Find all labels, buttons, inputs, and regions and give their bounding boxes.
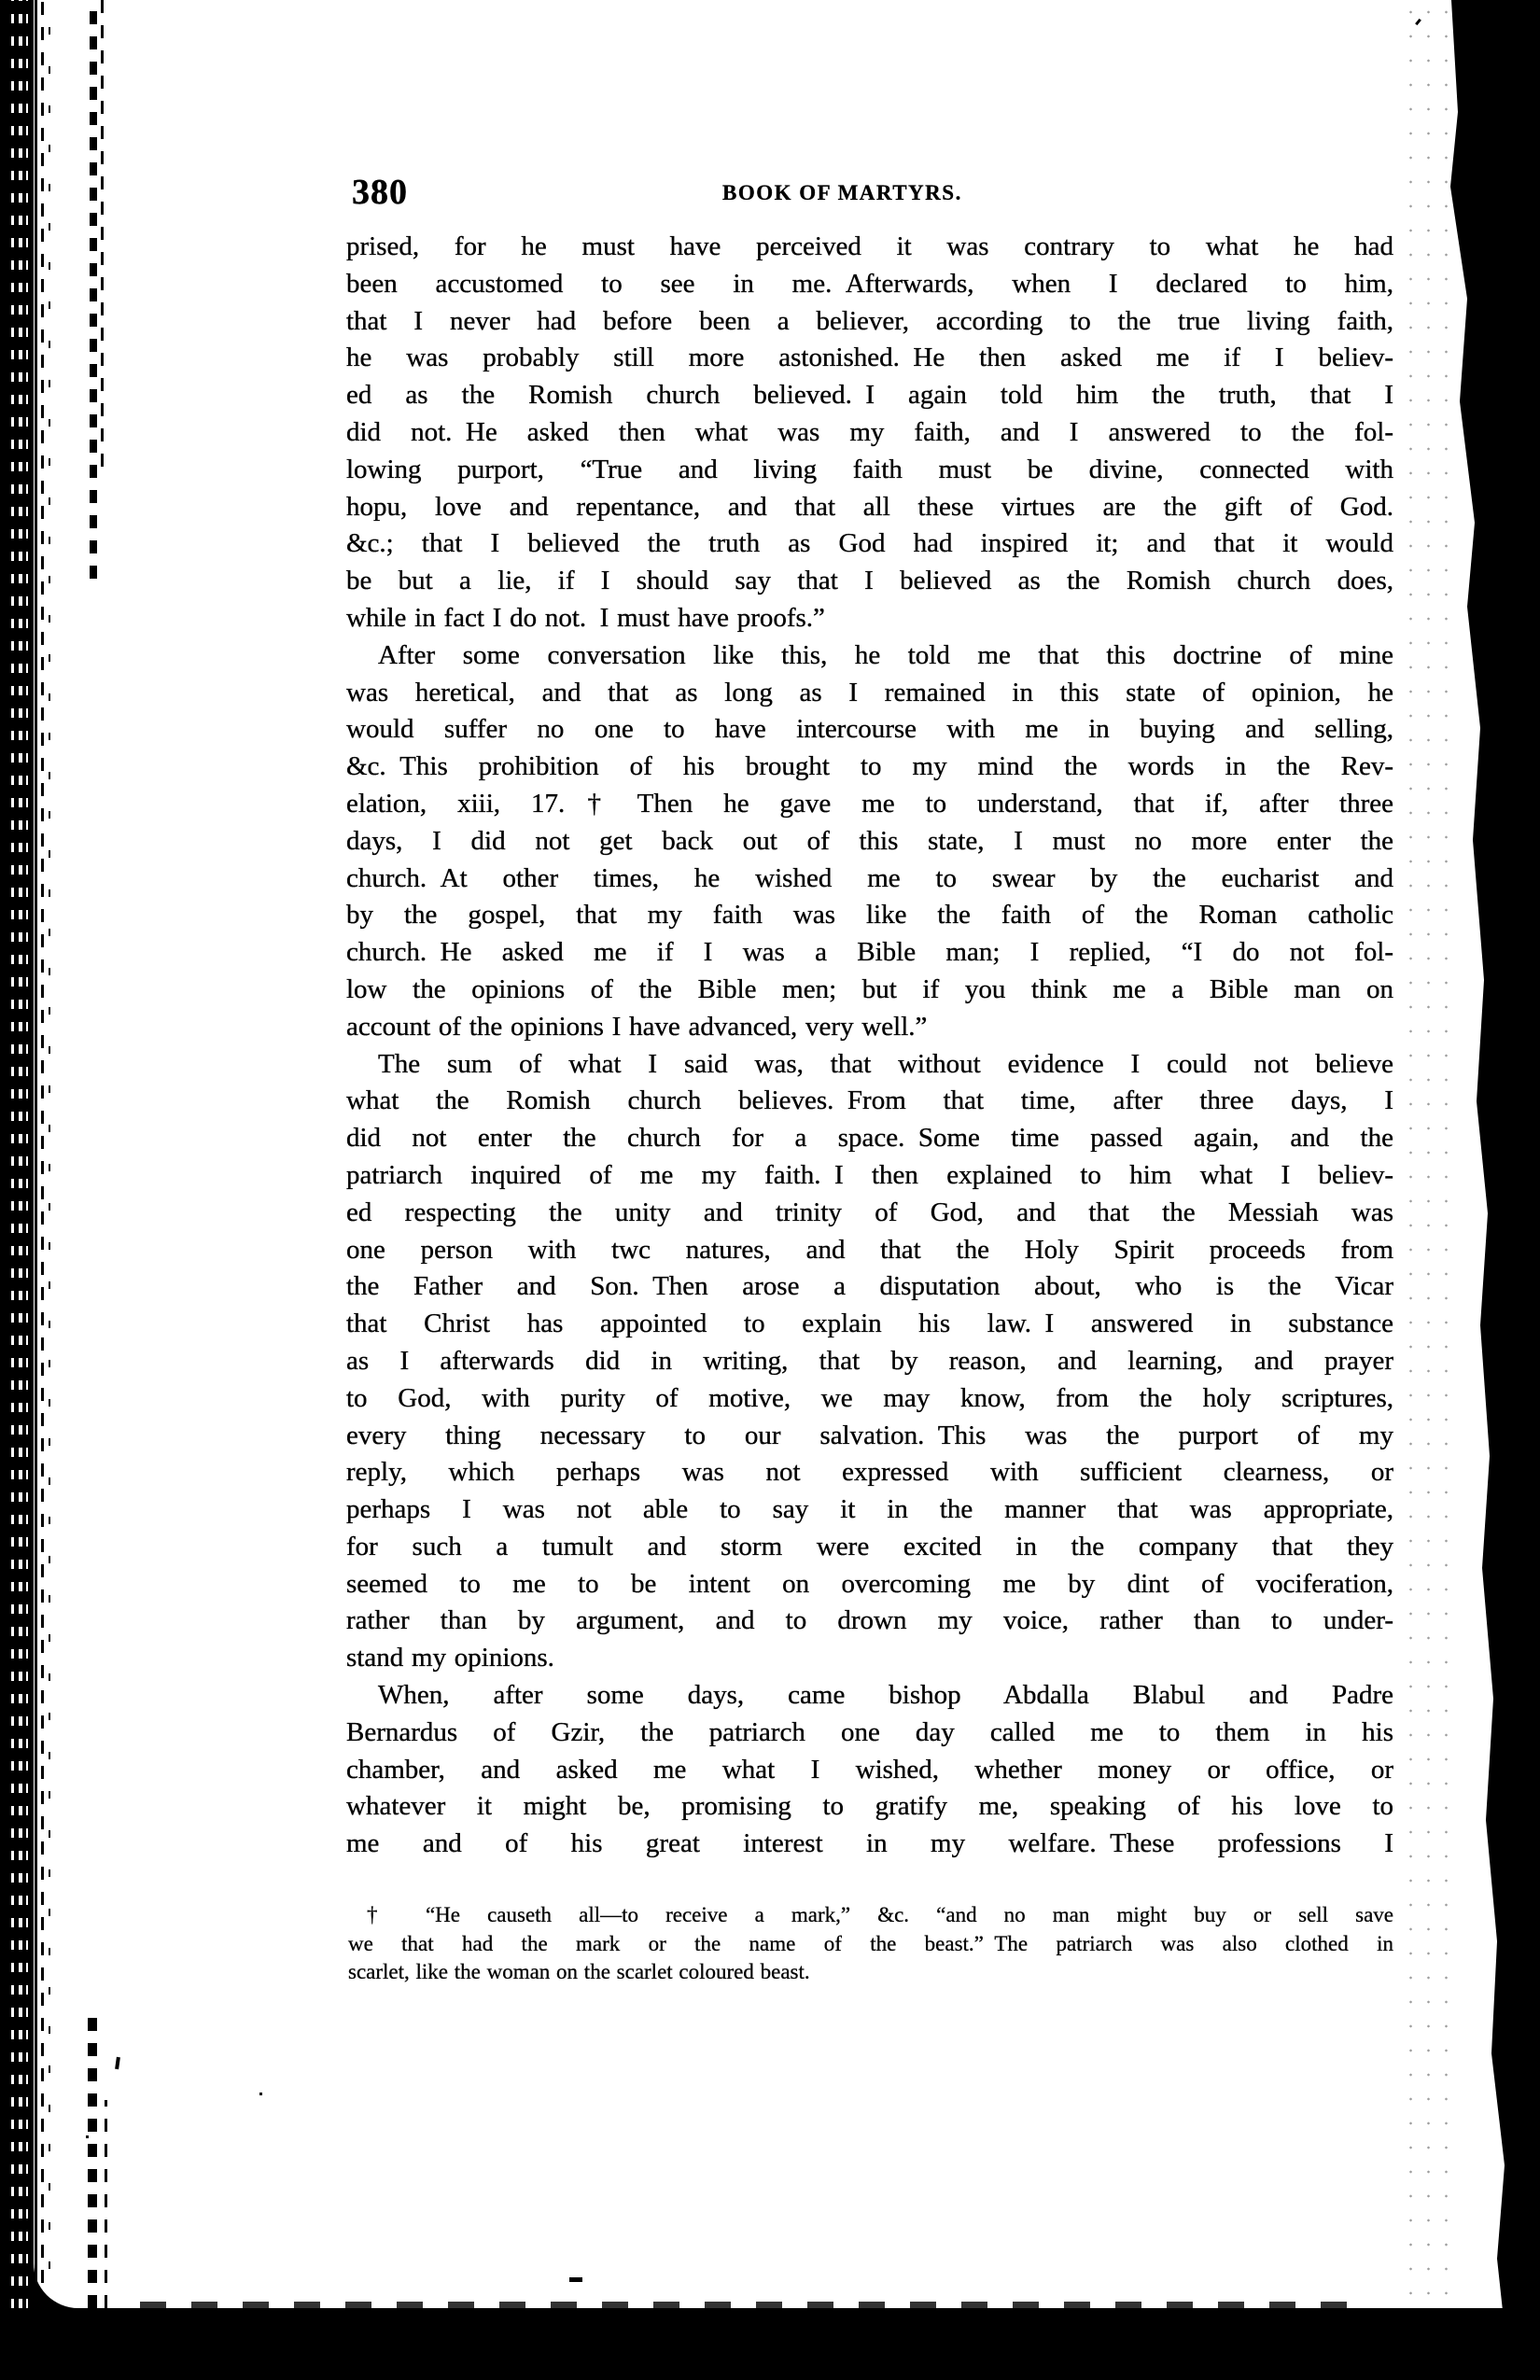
text-line: church. At other times, he wished me to … bbox=[346, 861, 1393, 898]
scan-binding-streak bbox=[11, 0, 14, 2308]
scan-edge-streak bbox=[90, 0, 97, 579]
scan-right-dust bbox=[1402, 0, 1454, 2315]
text-line: one person with twc natures, and that th… bbox=[346, 1232, 1393, 1269]
text-line: by the gospel, that my faith was like th… bbox=[346, 897, 1393, 934]
text-line: as I afterwards did in writing, that by … bbox=[346, 1343, 1393, 1380]
scan-edge-streak bbox=[35, 0, 37, 2308]
text-line: hopu, love and repentance, and that all … bbox=[346, 489, 1393, 526]
text-line: did not. He asked then what was my faith… bbox=[346, 414, 1393, 452]
text-line: would suffer no one to have intercourse … bbox=[346, 711, 1393, 749]
text-line: me and of his great interest in my welfa… bbox=[346, 1826, 1393, 1863]
text-line: Bernardus of Gzir, the patriarch one day… bbox=[346, 1715, 1393, 1752]
scan-speck bbox=[569, 2277, 582, 2282]
text-line: stand my opinions. bbox=[346, 1640, 1393, 1677]
footnote-line: † “He causeth all—to receive a mark,” &c… bbox=[348, 1901, 1393, 1930]
text-line: reply, which perhaps was not expressed w… bbox=[346, 1454, 1393, 1491]
footnote-line: we that had the mark or the name of the … bbox=[348, 1930, 1393, 1959]
text-line: while in fact I do not. I must have proo… bbox=[346, 600, 1393, 637]
scan-binding-streak bbox=[19, 0, 22, 2308]
text-line: whatever it might be, promising to grati… bbox=[346, 1788, 1393, 1826]
text-line: he was probably still more astonished. H… bbox=[346, 340, 1393, 377]
scan-edge-streak bbox=[41, 0, 44, 2308]
scan-binding-streak bbox=[26, 0, 28, 2308]
text-line: prised, for he must have perceived it wa… bbox=[346, 229, 1393, 266]
scan-speck bbox=[259, 2093, 262, 2095]
scan-edge-streak bbox=[101, 0, 104, 467]
text-line: that I never had before been a believer,… bbox=[346, 303, 1393, 341]
text-line: &c.; that I believed the truth as God ha… bbox=[346, 525, 1393, 563]
text-line: &c. This prohibition of his brought to m… bbox=[346, 749, 1393, 786]
scan-edge-streak bbox=[49, 0, 50, 2308]
text-line: was heretical, and that as long as I rem… bbox=[346, 675, 1393, 712]
text-line: days, I did not get back out of this sta… bbox=[346, 823, 1393, 861]
running-head: BOOK OF MARTYRS. bbox=[722, 181, 962, 205]
text-line: been accustomed to see in me. Afterwards… bbox=[346, 266, 1393, 303]
text-line: When, after some days, came bishop Abdal… bbox=[346, 1677, 1393, 1715]
book-page: 380 BOOK OF MARTYRS. prised, for he must… bbox=[34, 0, 1540, 2308]
scan-bottom-noise bbox=[140, 2302, 1353, 2309]
text-line: chamber, and asked me what I wished, whe… bbox=[346, 1752, 1393, 1789]
scan-speck bbox=[86, 2135, 89, 2138]
body-text: prised, for he must have perceived it wa… bbox=[346, 229, 1393, 1863]
text-line: that Christ has appointed to explain his… bbox=[346, 1306, 1393, 1343]
footnote-line: scarlet, like the woman on the scarlet c… bbox=[348, 1958, 1393, 1987]
scan-edge-streak bbox=[105, 2100, 107, 2308]
text-line: seemed to me to be intent on overcoming … bbox=[346, 1566, 1393, 1603]
text-line: ed as the Romish church believed. I agai… bbox=[346, 377, 1393, 414]
text-line: rather than by argument, and to drown my… bbox=[346, 1603, 1393, 1640]
text-line: for such a tumult and storm were excited… bbox=[346, 1529, 1393, 1566]
text-line: be but a lie, if I should say that I bel… bbox=[346, 563, 1393, 600]
page-number: 380 bbox=[352, 172, 408, 213]
text-line: elation, xiii, 17.† Then he gave me to u… bbox=[346, 786, 1393, 823]
text-line: patriarch inquired of me my faith. I the… bbox=[346, 1157, 1393, 1195]
text-line: to God, with purity of motive, we may kn… bbox=[346, 1380, 1393, 1418]
text-line: what the Romish church believes. From th… bbox=[346, 1083, 1393, 1120]
text-line: church. He asked me if I was a Bible man… bbox=[346, 934, 1393, 972]
footnote: † “He causeth all—to receive a mark,” &c… bbox=[348, 1901, 1393, 1987]
scan-edge-streak bbox=[88, 2007, 97, 2308]
text-line: did not enter the church for a space. So… bbox=[346, 1120, 1393, 1157]
text-line: every thing necessary to our salvation. … bbox=[346, 1418, 1393, 1455]
text-line: account of the opinions I have advanced,… bbox=[346, 1009, 1393, 1046]
text-line: After some conversation like this, he to… bbox=[346, 637, 1393, 675]
text-line: The sum of what I said was, that without… bbox=[346, 1046, 1393, 1084]
text-line: perhaps I was not able to say it in the … bbox=[346, 1491, 1393, 1529]
text-line: ed respecting the unity and trinity of G… bbox=[346, 1195, 1393, 1232]
text-line: low the opinions of the Bible men; but i… bbox=[346, 972, 1393, 1009]
text-line: lowing purport, “True and living faith m… bbox=[346, 452, 1393, 489]
text-line: the Father and Son. Then arose a disputa… bbox=[346, 1268, 1393, 1306]
